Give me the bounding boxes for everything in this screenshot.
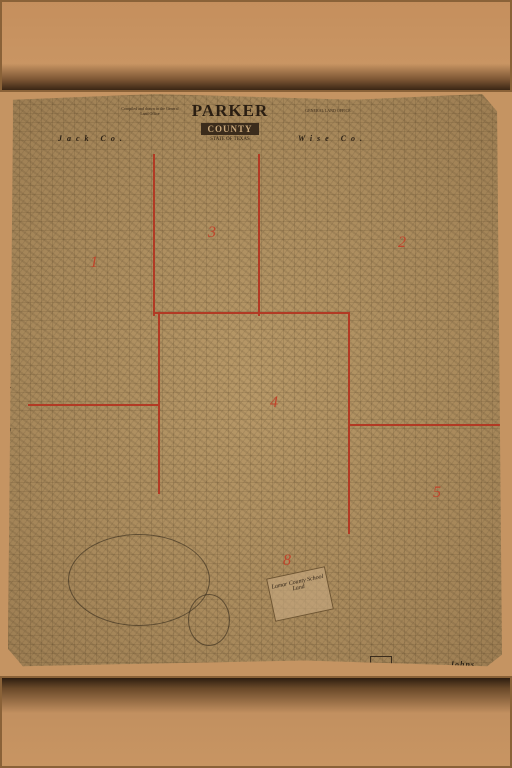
label-palo-pinto-county: Palo Pinto Co.	[3, 334, 12, 452]
precinct-number: 2	[398, 234, 406, 252]
precinct-line	[153, 154, 155, 316]
precinct-line	[158, 312, 160, 494]
precinct-line	[348, 312, 350, 534]
river-bend	[188, 594, 230, 646]
label-hood-county: Hood Co.	[178, 662, 250, 671]
precinct-number: 5	[433, 484, 441, 502]
map-subtitle: COUNTY	[201, 123, 258, 135]
map-title: PARKER	[176, 102, 284, 119]
legend-right: GENERAL LAND OFFICE	[298, 108, 358, 113]
precinct-line	[28, 404, 160, 406]
precinct-line	[153, 312, 350, 314]
legend-left: Compiled and drawn in the General Land O…	[120, 106, 180, 116]
parker-county-map: Compiled and drawn in the General Land O…	[8, 94, 502, 672]
label-wise-county: Wise Co.	[298, 134, 367, 143]
precinct-line	[258, 154, 260, 316]
label-johnson-county: Johns	[450, 660, 475, 669]
label-jack-county: Jack Co.	[58, 134, 127, 143]
precinct-line	[348, 424, 500, 426]
poster-top-margin	[0, 0, 512, 92]
map-stamp	[370, 656, 392, 668]
poster-bottom-margin	[0, 676, 512, 768]
map-title-block: PARKER COUNTY STATE OF TEXAS	[176, 102, 284, 138]
precinct-number: 8	[283, 552, 291, 570]
precinct-number: 3	[208, 224, 216, 242]
map-poster: Compiled and drawn in the General Land O…	[0, 92, 512, 676]
precinct-number: 4	[270, 394, 278, 412]
map-title-tag: STATE OF TEXAS	[176, 137, 284, 143]
precinct-number: 1	[90, 254, 98, 272]
